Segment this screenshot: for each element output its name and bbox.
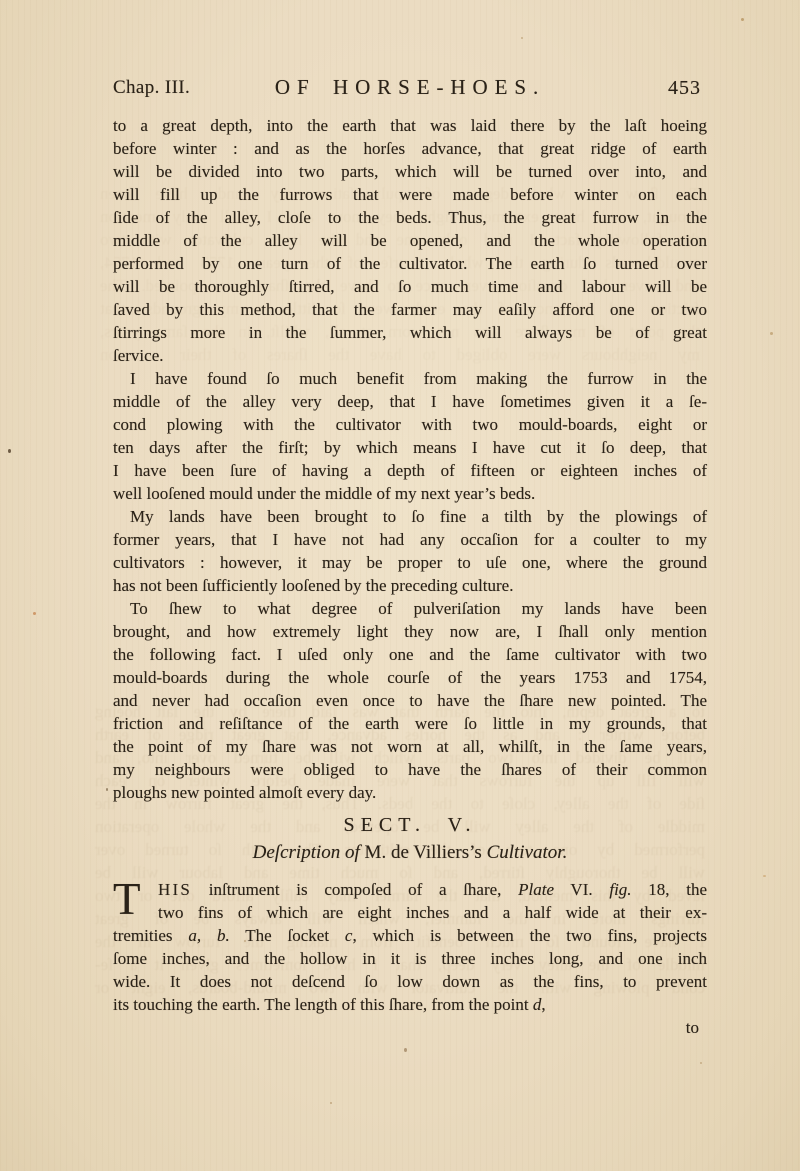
text-block: Chap. III. OF HORSE-HOES. 453 to a great… xyxy=(113,76,707,1039)
text-line: middle of the alley will be opened, and … xyxy=(113,229,707,252)
paragraph-3: My lands have been brought to ſo fine a … xyxy=(113,505,707,597)
paper-speck xyxy=(330,1102,332,1104)
paragraph-5: T HIS inſtrument is compoſed of a ſhare,… xyxy=(113,878,707,1016)
paper-speck xyxy=(741,18,744,21)
text-line: ſome inches, and the hollow in it is thr… xyxy=(113,947,707,970)
text-line: ſaved by this method, that the farmer ma… xyxy=(113,298,707,321)
text-line: HIS inſtrument is compoſed of a ſhare, P… xyxy=(113,878,707,901)
paper-speck xyxy=(700,1062,702,1064)
body-text: to a great depth, into the earth that wa… xyxy=(113,114,707,1039)
text-line: has not been ſufficiently looſened by th… xyxy=(113,574,707,597)
chapter-label: Chap. III. xyxy=(113,76,190,100)
text-line: ploughs new pointed almoſt every day. xyxy=(113,781,707,804)
text-line: To ſhew to what degree of pulveriſation … xyxy=(113,597,707,620)
text-run: , which is between the two fins, project… xyxy=(352,926,707,945)
text-line: the following fact. I uſed only one and … xyxy=(113,643,707,666)
text-line: ſervice. xyxy=(113,344,707,367)
text-line: performed by one turn of the cultivator.… xyxy=(113,252,707,275)
paper-speck xyxy=(404,1048,407,1052)
section-heading: SECT. V. xyxy=(113,812,707,838)
text-line: I have been ſure of having a depth of fi… xyxy=(113,459,707,482)
paragraph-1: to a great depth, into the earth that wa… xyxy=(113,114,707,367)
text-run: , xyxy=(541,995,545,1014)
text-run: HIS xyxy=(158,880,192,899)
subtitle-text: Cultivator. xyxy=(487,842,568,863)
label-reference: a, b. xyxy=(188,926,229,945)
text-run: inſtrument is compoſed of a ſhare, xyxy=(192,880,518,899)
text-line: brought, and how extremely light they no… xyxy=(113,620,707,643)
book-page: To ſhew to what degree of pulveriſation … xyxy=(0,0,800,1171)
text-line: before winter : and as the horſes advanc… xyxy=(113,137,707,160)
catchword: to xyxy=(113,1016,707,1039)
text-line: wide. It does not deſcend ſo low down as… xyxy=(113,970,707,993)
paper-speck xyxy=(106,788,108,791)
paper-speck xyxy=(521,37,523,39)
text-line: its touching the earth. The length of th… xyxy=(113,993,707,1016)
text-line: I have found ſo much benefit from making… xyxy=(113,367,707,390)
plate-reference: Plate xyxy=(518,880,554,899)
text-line: cultivators : however, it may be proper … xyxy=(113,551,707,574)
text-line: well looſened mould under the middle of … xyxy=(113,482,707,505)
text-line: will be thoroughly ſtirred, and ſo much … xyxy=(113,275,707,298)
text-line: ſide of the alley, cloſe to the beds. Th… xyxy=(113,206,707,229)
text-line: cond plowing with the cultivator with tw… xyxy=(113,413,707,436)
section-subtitle: Deſcription of M. de Villiers’s Cultivat… xyxy=(113,840,707,866)
text-line: the point of my ſhare was not worn at al… xyxy=(113,735,707,758)
text-line: tremities a, b. The ſocket c, which is b… xyxy=(113,924,707,947)
text-line: middle of the alley very deep, that I ha… xyxy=(113,390,707,413)
paper-speck xyxy=(33,612,36,615)
text-line: My lands have been brought to ſo fine a … xyxy=(113,505,707,528)
text-line: mould-boards during the whole courſe of … xyxy=(113,666,707,689)
text-line: and never had occaſion even once to have… xyxy=(113,689,707,712)
text-run: VI. xyxy=(554,880,609,899)
text-line: former years, that I have not had any oc… xyxy=(113,528,707,551)
text-run: The ſocket xyxy=(230,926,345,945)
text-line: my neighbours were obliged to have the ſ… xyxy=(113,758,707,781)
text-run: its touching the earth. The length of th… xyxy=(113,995,533,1014)
text-line: ten days after the firſt; by which means… xyxy=(113,436,707,459)
paper-speck xyxy=(770,332,773,335)
text-run: tremities xyxy=(113,926,188,945)
text-line: friction and reſiſtance of the earth wer… xyxy=(113,712,707,735)
page-number: 453 xyxy=(668,76,701,100)
paper-speck xyxy=(763,875,766,877)
subtitle-text: Deſcription of xyxy=(253,842,365,863)
figure-reference: fig. xyxy=(609,880,631,899)
text-line: will fill up the furrows that were made … xyxy=(113,183,707,206)
subtitle-name: M. de Villiers’s xyxy=(365,842,487,863)
text-line: two fins of which are eight inches and a… xyxy=(113,901,707,924)
page-title: OF HORSE-HOES. xyxy=(275,75,545,99)
paragraph-2: I have found ſo much benefit from making… xyxy=(113,367,707,505)
text-run: 18, the xyxy=(632,880,707,899)
text-line: ſtirrings more in the ſummer, which will… xyxy=(113,321,707,344)
text-line: to a great depth, into the earth that wa… xyxy=(113,114,707,137)
paper-speck xyxy=(8,449,11,453)
running-header: Chap. III. OF HORSE-HOES. 453 xyxy=(113,76,707,106)
text-line: will be divided into two parts, which wi… xyxy=(113,160,707,183)
paragraph-4: To ſhew to what degree of pulveriſation … xyxy=(113,597,707,804)
drop-cap: T xyxy=(113,879,141,919)
